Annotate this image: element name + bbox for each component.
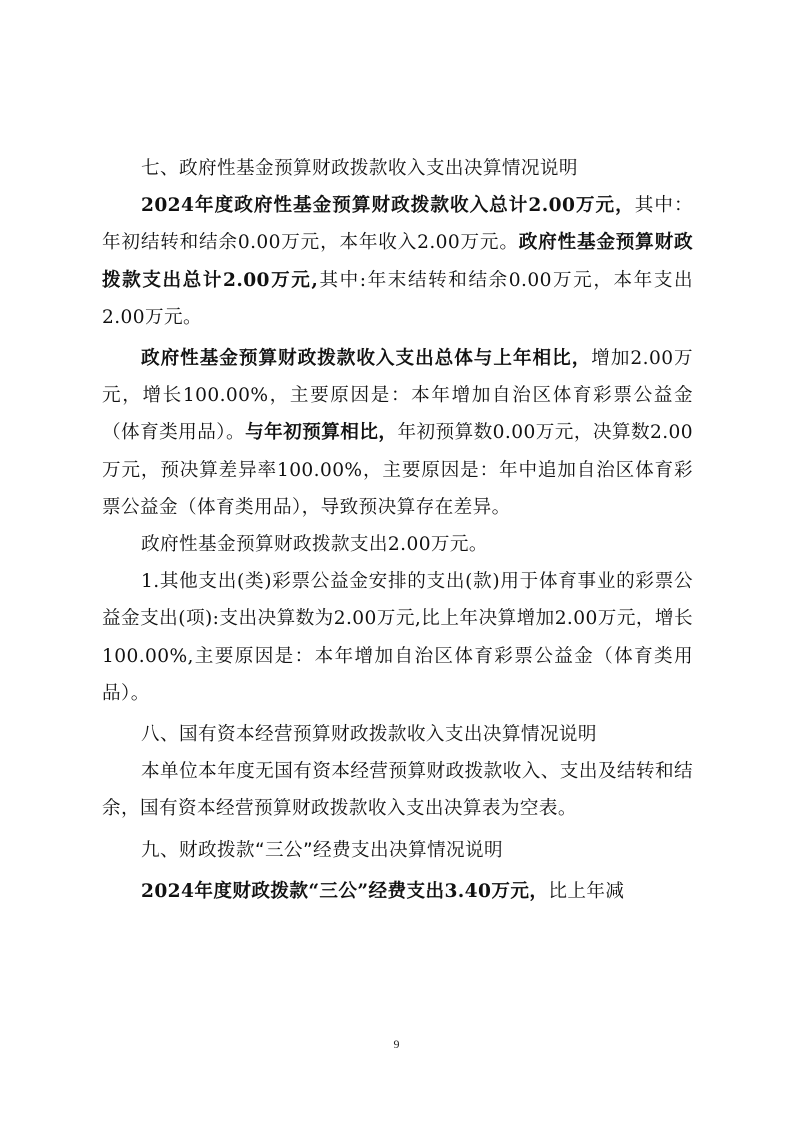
section-8-paragraph: 本单位本年度无国有资本经营预算财政拨款收入、支出及结转和结余，国有资本经营预算财… — [102, 753, 693, 827]
budget-comparison-bold: 与年初预算相比， — [245, 422, 397, 443]
section-7-paragraph-totals: 2024年度政府性基金预算财政拨款收入总计2.00万元，其中：年初结转和结余0.… — [102, 187, 693, 336]
income-total-bold: 2024年度政府性基金预算财政拨款收入总计2.00万元， — [141, 195, 635, 216]
section-7-heading: 七、政府性基金预算财政拨款收入支出决算情况说明 — [102, 150, 693, 187]
section-9-paragraph: 2024年度财政拨款“三公”经费支出3.40万元，比上年减 — [102, 873, 693, 910]
year-comparison-bold: 政府性基金预算财政拨款收入支出总体与上年相比， — [141, 348, 591, 369]
section-7-paragraph-comparison: 政府性基金预算财政拨款收入支出总体与上年相比，增加2.00万元，增长100.00… — [102, 340, 693, 526]
section-7-item-1: 1.其他支出(类)彩票公益金安排的支出(款)用于体育事业的彩票公益金支出(项):… — [102, 563, 693, 712]
three-public-expense-bold: 2024年度财政拨款“三公”经费支出3.40万元， — [141, 881, 548, 902]
section-8-heading: 八、国有资本经营预算财政拨款收入支出决算情况说明 — [102, 716, 693, 753]
document-page: 七、政府性基金预算财政拨款收入支出决算情况说明 2024年度政府性基金预算财政拨… — [102, 150, 693, 910]
page-number: 9 — [0, 1037, 793, 1052]
section-9-heading: 九、财政拨款“三公”经费支出决算情况说明 — [102, 832, 693, 869]
section-7-paragraph-expense: 政府性基金预算财政拨款支出2.00万元。 — [102, 526, 693, 563]
three-public-expense-text: 比上年减 — [548, 881, 624, 902]
